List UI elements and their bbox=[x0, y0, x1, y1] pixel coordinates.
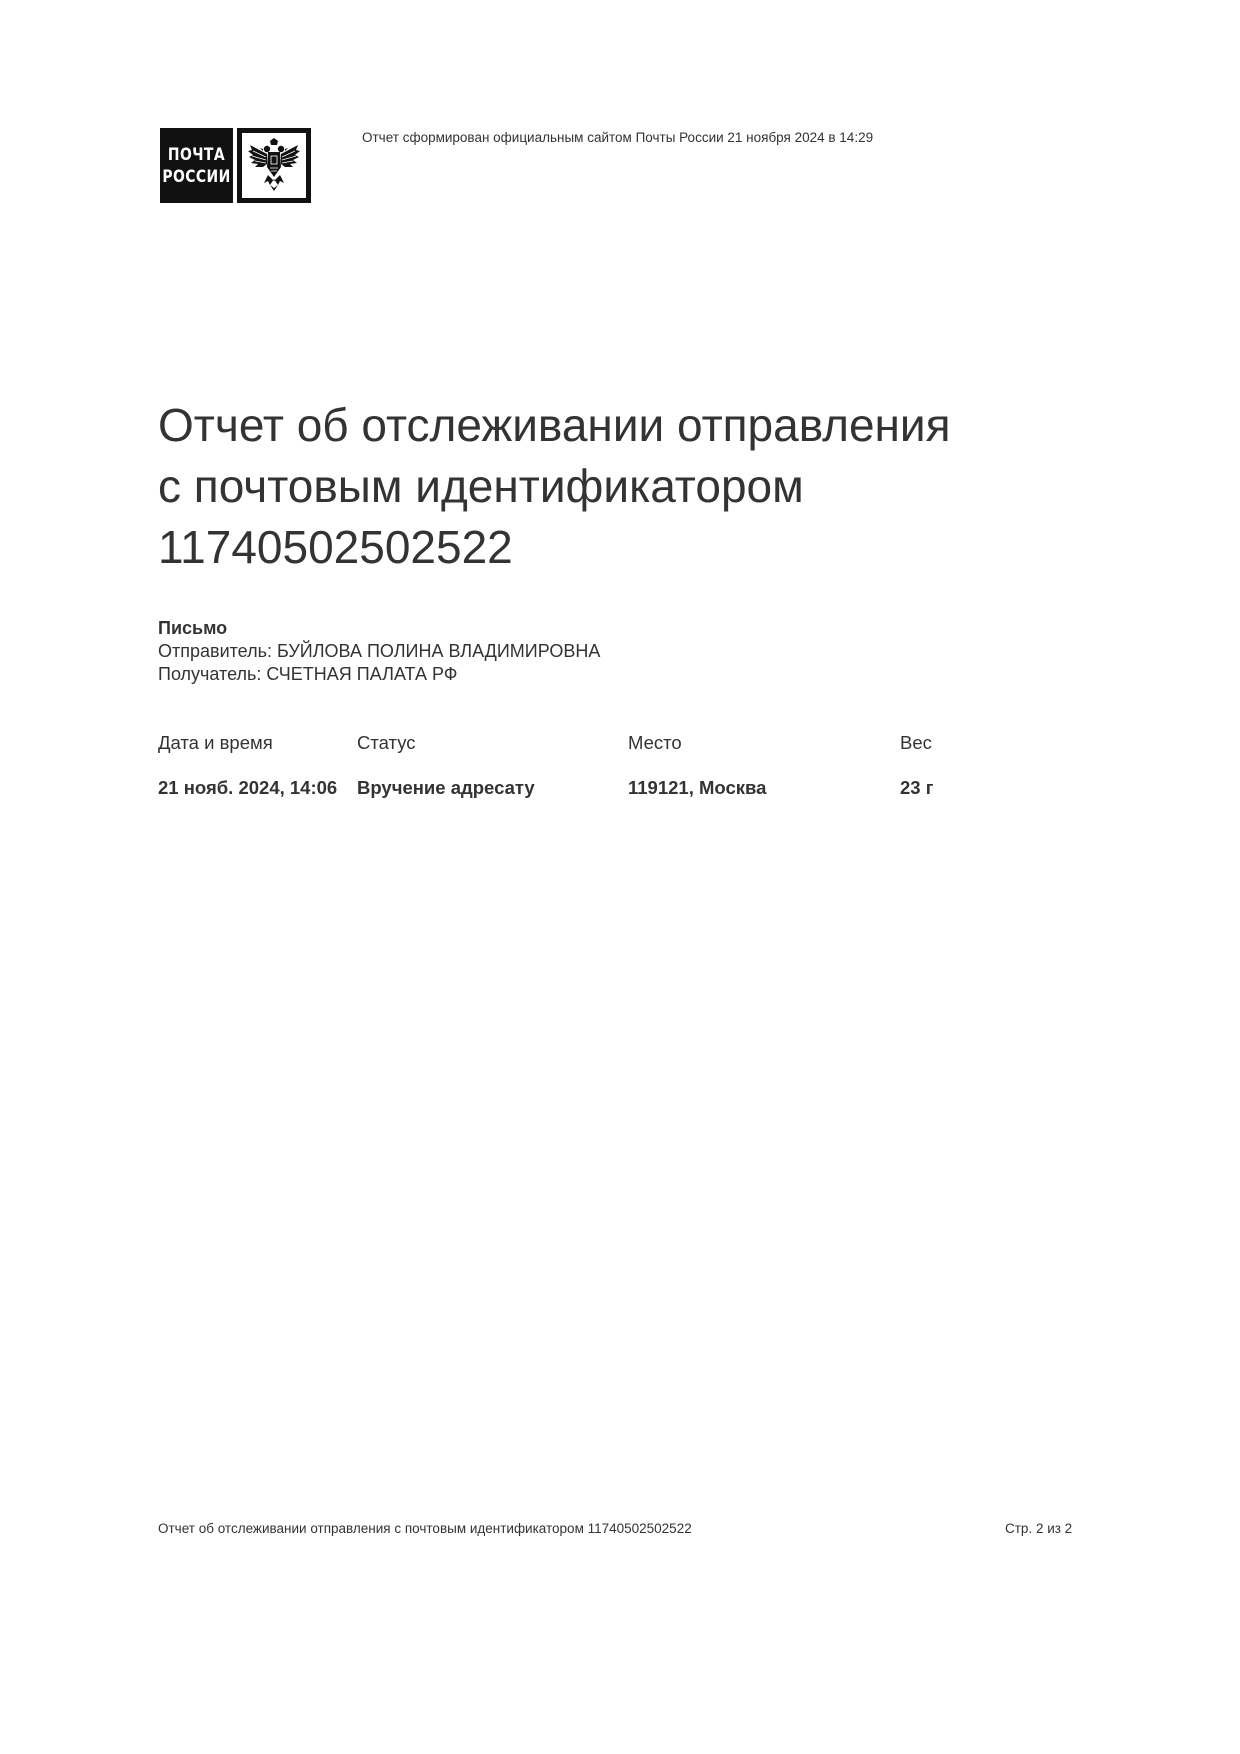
cell-place: 119121, Москва bbox=[628, 777, 766, 799]
shipment-info: Письмо Отправитель: БУЙЛОВА ПОЛИНА ВЛАДИ… bbox=[158, 617, 600, 686]
footer-doc-title: Отчет об отслеживании отправления с почт… bbox=[158, 1521, 692, 1536]
eagle-emblem-icon bbox=[237, 128, 311, 203]
cell-weight: 23 г bbox=[900, 777, 933, 799]
shipment-type: Письмо bbox=[158, 617, 600, 640]
recipient: Получатель: СЧЕТНАЯ ПАЛАТА РФ bbox=[158, 663, 600, 686]
logo-text-line1: ПОЧТА bbox=[168, 144, 225, 166]
column-header-datetime: Дата и время bbox=[158, 732, 273, 754]
report-generated-note: Отчет сформирован официальным сайтом Поч… bbox=[362, 130, 873, 145]
column-header-status: Статус bbox=[357, 732, 415, 754]
cell-datetime: 21 нояб. 2024, 14:06 bbox=[158, 777, 337, 799]
logo-wordmark: ПОЧТА РОССИИ bbox=[160, 128, 233, 203]
pochta-rossii-logo: ПОЧТА РОССИИ bbox=[160, 128, 311, 203]
column-header-weight: Вес bbox=[900, 732, 932, 754]
title-line-1: Отчет об отслеживании отправления bbox=[158, 395, 951, 456]
page-number: Стр. 2 из 2 bbox=[1005, 1521, 1072, 1536]
column-header-place: Место bbox=[628, 732, 682, 754]
double-headed-eagle-icon bbox=[246, 137, 302, 195]
logo-text-line2: РОССИИ bbox=[162, 166, 230, 188]
sender: Отправитель: БУЙЛОВА ПОЛИНА ВЛАДИМИРОВНА bbox=[158, 640, 600, 663]
tracking-number: 11740502502522 bbox=[158, 517, 951, 578]
title-line-2: с почтовым идентификатором bbox=[158, 456, 951, 517]
cell-status: Вручение адресату bbox=[357, 777, 535, 799]
page-title: Отчет об отслеживании отправления с почт… bbox=[158, 395, 951, 578]
